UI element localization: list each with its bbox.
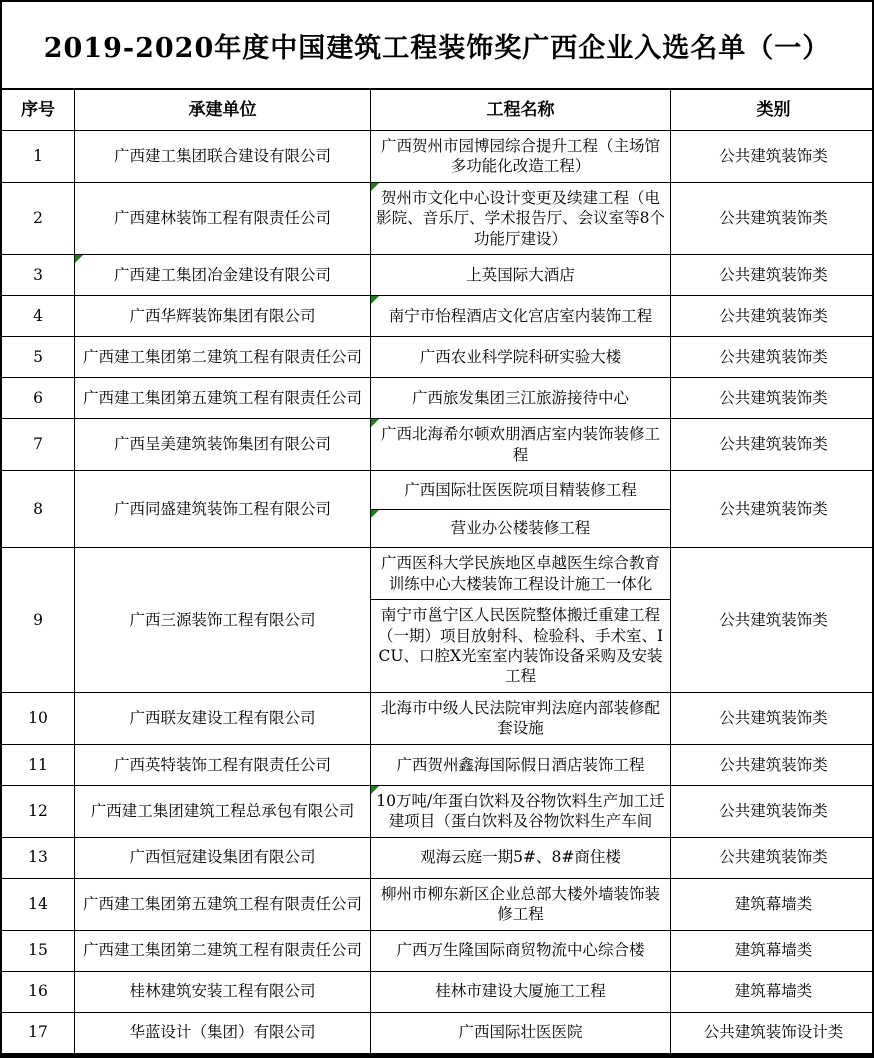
col-header-project-label: 工程名称 (375, 99, 666, 121)
row-no-cell: 17 (2, 1013, 74, 1053)
row-no: 16 (6, 981, 70, 1001)
contractor-name: 广西恒冠建设集团有限公司 (79, 847, 366, 867)
category-label: 公共建筑装饰类 (675, 434, 872, 454)
row-no: 13 (6, 847, 70, 867)
row-no: 3 (6, 265, 70, 285)
category-label: 公共建筑装饰类 (675, 146, 872, 166)
category-cell: 公共建筑装饰类 (670, 548, 874, 692)
category-label: 公共建筑装饰类 (675, 306, 872, 326)
green-corner-marker-icon (371, 786, 379, 794)
category-cell: 公共建筑装饰类 (670, 296, 874, 336)
contractor-cell: 广西建工集团第二建筑工程有限责任公司 (74, 931, 370, 971)
project-cell: 上英国际大酒店 (371, 255, 670, 295)
project-name: 北海市中级人民法院审判法庭内部装修配套设施 (375, 698, 666, 739)
row-no: 17 (6, 1022, 70, 1042)
category-label: 公共建筑装饰类 (675, 847, 872, 867)
project-name: 广西医科大学民族地区卓越医生综合教育训练中心大楼装饰工程设计施工一体化 (375, 553, 666, 594)
category-label: 建筑幕墙类 (675, 981, 872, 1001)
page-title: 2019-2020年度中国建筑工程装饰奖广西企业入选名单（一） (44, 26, 831, 65)
category-cell: 公共建筑装饰类 (670, 131, 874, 182)
contractor-name: 广西建工集团第五建筑工程有限责任公司 (79, 388, 366, 408)
project-name: 广西贺州市园博园综合提升工程（主场馆多功能化改造工程） (375, 136, 666, 177)
category-cell: 建筑幕墙类 (670, 879, 874, 930)
contractor-cell: 广西英特装饰工程有限责任公司 (74, 745, 370, 785)
project-stack: 10万吨/年蛋白饮料及谷物饮料生产加工迁建项目（蛋白饮料及谷物饮料生产车间 (370, 786, 670, 837)
table-row: 6 广西建工集团第五建筑工程有限责任公司 广西旅发集团三江旅游接待中心 公共建筑… (2, 377, 872, 418)
project-cell: 广西国际壮医医院项目精装修工程 (371, 471, 670, 509)
row-no-cell: 15 (2, 931, 74, 971)
contractor-cell: 华蓝设计（集团）有限公司 (74, 1013, 370, 1053)
row-no-cell: 2 (2, 183, 74, 254)
table-row: 2 广西建林装饰工程有限责任公司 贺州市文化中心设计变更及续建工程（电影院、音乐… (2, 182, 872, 254)
table-row: 11 广西英特装饰工程有限责任公司 广西贺州鑫海国际假日酒店装饰工程 公共建筑装… (2, 744, 872, 785)
category-label: 公共建筑装饰类 (675, 708, 872, 728)
row-no-cell: 16 (2, 972, 74, 1012)
project-cell: 10万吨/年蛋白饮料及谷物饮料生产加工迁建项目（蛋白饮料及谷物饮料生产车间 (371, 786, 670, 837)
contractor-name: 广西建工集团第五建筑工程有限责任公司 (79, 894, 366, 914)
project-name: 观海云庭一期5#、8#商住楼 (375, 847, 666, 867)
col-header-contractor-label: 承建单位 (79, 99, 366, 121)
category-label: 公共建筑装饰类 (675, 499, 872, 519)
contractor-name: 广西同盛建筑装饰工程有限公司 (79, 499, 366, 519)
col-header-no: 序号 (2, 90, 74, 130)
project-cell: 南宁市怡程酒店文化宫店室内装饰工程 (371, 296, 670, 336)
project-cell: 广西旅发集团三江旅游接待中心 (371, 378, 670, 418)
table-row: 3 广西建工集团冶金建设有限公司 上英国际大酒店 公共建筑装饰类 (2, 254, 872, 295)
table-body: 1 广西建工集团联合建设有限公司 广西贺州市园博园综合提升工程（主场馆多功能化改… (2, 130, 872, 1053)
project-name: 10万吨/年蛋白饮料及谷物饮料生产加工迁建项目（蛋白饮料及谷物饮料生产车间 (375, 791, 666, 832)
row-no: 14 (6, 894, 70, 914)
contractor-name: 广西三源装饰工程有限公司 (79, 610, 366, 630)
contractor-name: 广西建工集团建筑工程总承包有限公司 (79, 801, 366, 821)
project-stack: 贺州市文化中心设计变更及续建工程（电影院、音乐厅、学术报告厅、会议室等8个功能厅… (370, 183, 670, 254)
project-stack: 广西农业科学院科研实验大楼 (370, 337, 670, 377)
row-no: 4 (6, 306, 70, 326)
project-name: 营业办公楼装修工程 (375, 518, 666, 538)
row-no: 15 (6, 940, 70, 960)
table-row: 7 广西呈美建筑装饰集团有限公司 广西北海希尔顿欢朋酒店室内装饰装修工程 公共建… (2, 418, 872, 470)
contractor-name: 广西建林装饰工程有限责任公司 (79, 208, 366, 228)
category-cell: 公共建筑装饰类 (670, 786, 874, 837)
title-block: 2019-2020年度中国建筑工程装饰奖广西企业入选名单（一） (2, 2, 872, 88)
category-label: 公共建筑装饰类 (675, 208, 872, 228)
project-stack: 北海市中级人民法院审判法庭内部装修配套设施 (370, 693, 670, 744)
green-corner-marker-icon (371, 419, 379, 427)
project-stack: 柳州市柳东新区企业总部大楼外墙装饰装修工程 (370, 879, 670, 930)
category-label: 公共建筑装饰类 (675, 755, 872, 775)
contractor-cell: 广西建工集团冶金建设有限公司 (74, 255, 370, 295)
category-cell: 公共建筑装饰类 (670, 745, 874, 785)
table-row: 13 广西恒冠建设集团有限公司 观海云庭一期5#、8#商住楼 公共建筑装饰类 (2, 837, 872, 878)
contractor-cell: 桂林建筑安装工程有限公司 (74, 972, 370, 1012)
contractor-name: 桂林建筑安装工程有限公司 (79, 981, 366, 1001)
award-table: 序号 承建单位 工程名称 类别 1 广西建工集团联合建设有限公司 广西贺州市园博… (2, 88, 872, 1053)
table-row: 8 广西同盛建筑装饰工程有限公司 广西国际壮医医院项目精装修工程营业办公楼装修工… (2, 470, 872, 547)
contractor-name: 广西建工集团联合建设有限公司 (79, 146, 366, 166)
project-name: 广西旅发集团三江旅游接待中心 (375, 388, 666, 408)
project-name: 上英国际大酒店 (375, 265, 666, 285)
row-no: 10 (6, 708, 70, 728)
row-no-cell: 4 (2, 296, 74, 336)
project-cell: 北海市中级人民法院审判法庭内部装修配套设施 (371, 693, 670, 744)
category-cell: 建筑幕墙类 (670, 931, 874, 971)
contractor-name: 广西英特装饰工程有限责任公司 (79, 755, 366, 775)
row-no-cell: 5 (2, 337, 74, 377)
green-corner-marker-icon (371, 296, 379, 304)
row-no-cell: 1 (2, 131, 74, 182)
category-cell: 公共建筑装饰类 (670, 337, 874, 377)
project-name: 桂林市建设大厦施工工程 (375, 981, 666, 1001)
contractor-cell: 广西建工集团第二建筑工程有限责任公司 (74, 337, 370, 377)
project-cell: 广西国际壮医医院 (371, 1013, 670, 1053)
project-cell: 贺州市文化中心设计变更及续建工程（电影院、音乐厅、学术报告厅、会议室等8个功能厅… (371, 183, 670, 254)
row-no-cell: 12 (2, 786, 74, 837)
project-name: 南宁市邕宁区人民医院整体搬迁重建工程（一期）项目放射科、检验科、手术室、ICU、… (375, 605, 666, 687)
table-row: 12 广西建工集团建筑工程总承包有限公司 10万吨/年蛋白饮料及谷物饮料生产加工… (2, 785, 872, 837)
project-stack: 广西贺州鑫海国际假日酒店装饰工程 (370, 745, 670, 785)
category-cell: 公共建筑装饰类 (670, 471, 874, 547)
green-corner-marker-icon (75, 255, 83, 263)
project-cell: 桂林市建设大厦施工工程 (371, 972, 670, 1012)
row-no-cell: 7 (2, 419, 74, 470)
contractor-cell: 广西建工集团第五建筑工程有限责任公司 (74, 378, 370, 418)
table-row: 14 广西建工集团第五建筑工程有限责任公司 柳州市柳东新区企业总部大楼外墙装饰装… (2, 878, 872, 930)
contractor-cell: 广西建工集团第五建筑工程有限责任公司 (74, 879, 370, 930)
row-no: 7 (6, 434, 70, 454)
col-header-category: 类别 (670, 90, 874, 130)
col-header-contractor: 承建单位 (74, 90, 370, 130)
project-stack: 广西国际壮医医院 (370, 1013, 670, 1053)
project-cell: 营业办公楼装修工程 (371, 509, 670, 547)
row-no-cell: 9 (2, 548, 74, 692)
project-name: 广西贺州鑫海国际假日酒店装饰工程 (375, 755, 666, 775)
project-name: 广西北海希尔顿欢朋酒店室内装饰装修工程 (375, 424, 666, 465)
row-no-cell: 6 (2, 378, 74, 418)
project-name: 广西万生隆国际商贸物流中心综合楼 (375, 940, 666, 960)
category-label: 公共建筑装饰设计类 (675, 1022, 872, 1042)
contractor-name: 广西建工集团第二建筑工程有限责任公司 (79, 347, 366, 367)
contractor-name: 广西建工集团冶金建设有限公司 (79, 265, 366, 285)
table-row: 4 广西华辉装饰集团有限公司 南宁市怡程酒店文化宫店室内装饰工程 公共建筑装饰类 (2, 295, 872, 336)
table-row: 10 广西联友建设工程有限公司 北海市中级人民法院审判法庭内部装修配套设施 公共… (2, 692, 872, 744)
row-no-cell: 3 (2, 255, 74, 295)
row-no: 8 (6, 499, 70, 519)
col-header-project: 工程名称 (370, 90, 670, 130)
project-cell: 广西贺州市园博园综合提升工程（主场馆多功能化改造工程） (371, 131, 670, 182)
award-list-sheet: 2019-2020年度中国建筑工程装饰奖广西企业入选名单（一） 序号 承建单位 … (0, 0, 874, 1058)
row-no-cell: 10 (2, 693, 74, 744)
contractor-cell: 广西建工集团建筑工程总承包有限公司 (74, 786, 370, 837)
project-stack: 广西旅发集团三江旅游接待中心 (370, 378, 670, 418)
row-no: 12 (6, 801, 70, 821)
table-row: 15 广西建工集团第二建筑工程有限责任公司 广西万生隆国际商贸物流中心综合楼 建… (2, 930, 872, 971)
category-cell: 公共建筑装饰类 (670, 255, 874, 295)
col-header-no-label: 序号 (6, 99, 70, 121)
category-label: 公共建筑装饰类 (675, 610, 872, 630)
table-row: 9 广西三源装饰工程有限公司 广西医科大学民族地区卓越医生综合教育训练中心大楼装… (2, 547, 872, 692)
category-cell: 公共建筑装饰类 (670, 419, 874, 470)
row-no: 6 (6, 388, 70, 408)
project-name: 贺州市文化中心设计变更及续建工程（电影院、音乐厅、学术报告厅、会议室等8个功能厅… (375, 188, 666, 249)
green-corner-marker-icon (371, 510, 379, 518)
contractor-name: 广西华辉装饰集团有限公司 (79, 306, 366, 326)
project-cell: 广西万生隆国际商贸物流中心综合楼 (371, 931, 670, 971)
col-header-category-label: 类别 (675, 99, 872, 121)
row-no: 2 (6, 208, 70, 228)
project-stack: 广西医科大学民族地区卓越医生综合教育训练中心大楼装饰工程设计施工一体化南宁市邕宁… (370, 548, 670, 692)
table-row: 5 广西建工集团第二建筑工程有限责任公司 广西农业科学院科研实验大楼 公共建筑装… (2, 336, 872, 377)
row-no-cell: 14 (2, 879, 74, 930)
category-cell: 建筑幕墙类 (670, 972, 874, 1012)
project-name: 南宁市怡程酒店文化宫店室内装饰工程 (375, 306, 666, 326)
project-stack: 桂林市建设大厦施工工程 (370, 972, 670, 1012)
project-cell: 广西北海希尔顿欢朋酒店室内装饰装修工程 (371, 419, 670, 470)
project-cell: 柳州市柳东新区企业总部大楼外墙装饰装修工程 (371, 879, 670, 930)
table-row: 17 华蓝设计（集团）有限公司 广西国际壮医医院 公共建筑装饰设计类 (2, 1012, 872, 1053)
contractor-cell: 广西恒冠建设集团有限公司 (74, 838, 370, 878)
category-cell: 公共建筑装饰设计类 (670, 1013, 874, 1053)
category-cell: 公共建筑装饰类 (670, 838, 874, 878)
project-stack: 广西北海希尔顿欢朋酒店室内装饰装修工程 (370, 419, 670, 470)
project-cell: 南宁市邕宁区人民医院整体搬迁重建工程（一期）项目放射科、检验科、手术室、ICU、… (371, 599, 670, 692)
category-label: 公共建筑装饰类 (675, 388, 872, 408)
contractor-name: 广西建工集团第二建筑工程有限责任公司 (79, 940, 366, 960)
contractor-cell: 广西呈美建筑装饰集团有限公司 (74, 419, 370, 470)
category-label: 公共建筑装饰类 (675, 265, 872, 285)
table-row: 16 桂林建筑安装工程有限公司 桂林市建设大厦施工工程 建筑幕墙类 (2, 971, 872, 1012)
project-name: 广西国际壮医医院项目精装修工程 (375, 480, 666, 500)
category-cell: 公共建筑装饰类 (670, 693, 874, 744)
project-cell: 广西贺州鑫海国际假日酒店装饰工程 (371, 745, 670, 785)
project-stack: 观海云庭一期5#、8#商住楼 (370, 838, 670, 878)
contractor-name: 广西联友建设工程有限公司 (79, 708, 366, 728)
category-label: 建筑幕墙类 (675, 940, 872, 960)
project-name: 柳州市柳东新区企业总部大楼外墙装饰装修工程 (375, 884, 666, 925)
category-cell: 公共建筑装饰类 (670, 378, 874, 418)
project-stack: 广西贺州市园博园综合提升工程（主场馆多功能化改造工程） (370, 131, 670, 182)
category-label: 公共建筑装饰类 (675, 801, 872, 821)
green-corner-marker-icon (371, 183, 379, 191)
project-name: 广西国际壮医医院 (375, 1022, 666, 1042)
contractor-name: 华蓝设计（集团）有限公司 (79, 1022, 366, 1042)
row-no-cell: 11 (2, 745, 74, 785)
contractor-cell: 广西三源装饰工程有限公司 (74, 548, 370, 692)
contractor-cell: 广西建林装饰工程有限责任公司 (74, 183, 370, 254)
category-label: 建筑幕墙类 (675, 894, 872, 914)
table-row: 1 广西建工集团联合建设有限公司 广西贺州市园博园综合提升工程（主场馆多功能化改… (2, 130, 872, 182)
row-no: 11 (6, 755, 70, 775)
project-cell: 广西农业科学院科研实验大楼 (371, 337, 670, 377)
project-cell: 观海云庭一期5#、8#商住楼 (371, 838, 670, 878)
row-no-cell: 13 (2, 838, 74, 878)
contractor-cell: 广西华辉装饰集团有限公司 (74, 296, 370, 336)
contractor-cell: 广西联友建设工程有限公司 (74, 693, 370, 744)
header-row: 序号 承建单位 工程名称 类别 (2, 88, 872, 130)
contractor-name: 广西呈美建筑装饰集团有限公司 (79, 434, 366, 454)
project-cell: 广西医科大学民族地区卓越医生综合教育训练中心大楼装饰工程设计施工一体化 (371, 548, 670, 599)
project-stack: 上英国际大酒店 (370, 255, 670, 295)
row-no: 9 (6, 610, 70, 630)
contractor-cell: 广西建工集团联合建设有限公司 (74, 131, 370, 182)
row-no-cell: 8 (2, 471, 74, 547)
category-cell: 公共建筑装饰类 (670, 183, 874, 254)
project-stack: 南宁市怡程酒店文化宫店室内装饰工程 (370, 296, 670, 336)
project-name: 广西农业科学院科研实验大楼 (375, 347, 666, 367)
category-label: 公共建筑装饰类 (675, 347, 872, 367)
row-no: 5 (6, 347, 70, 367)
row-no: 1 (6, 146, 70, 166)
project-stack: 广西万生隆国际商贸物流中心综合楼 (370, 931, 670, 971)
contractor-cell: 广西同盛建筑装饰工程有限公司 (74, 471, 370, 547)
project-stack: 广西国际壮医医院项目精装修工程营业办公楼装修工程 (370, 471, 670, 547)
